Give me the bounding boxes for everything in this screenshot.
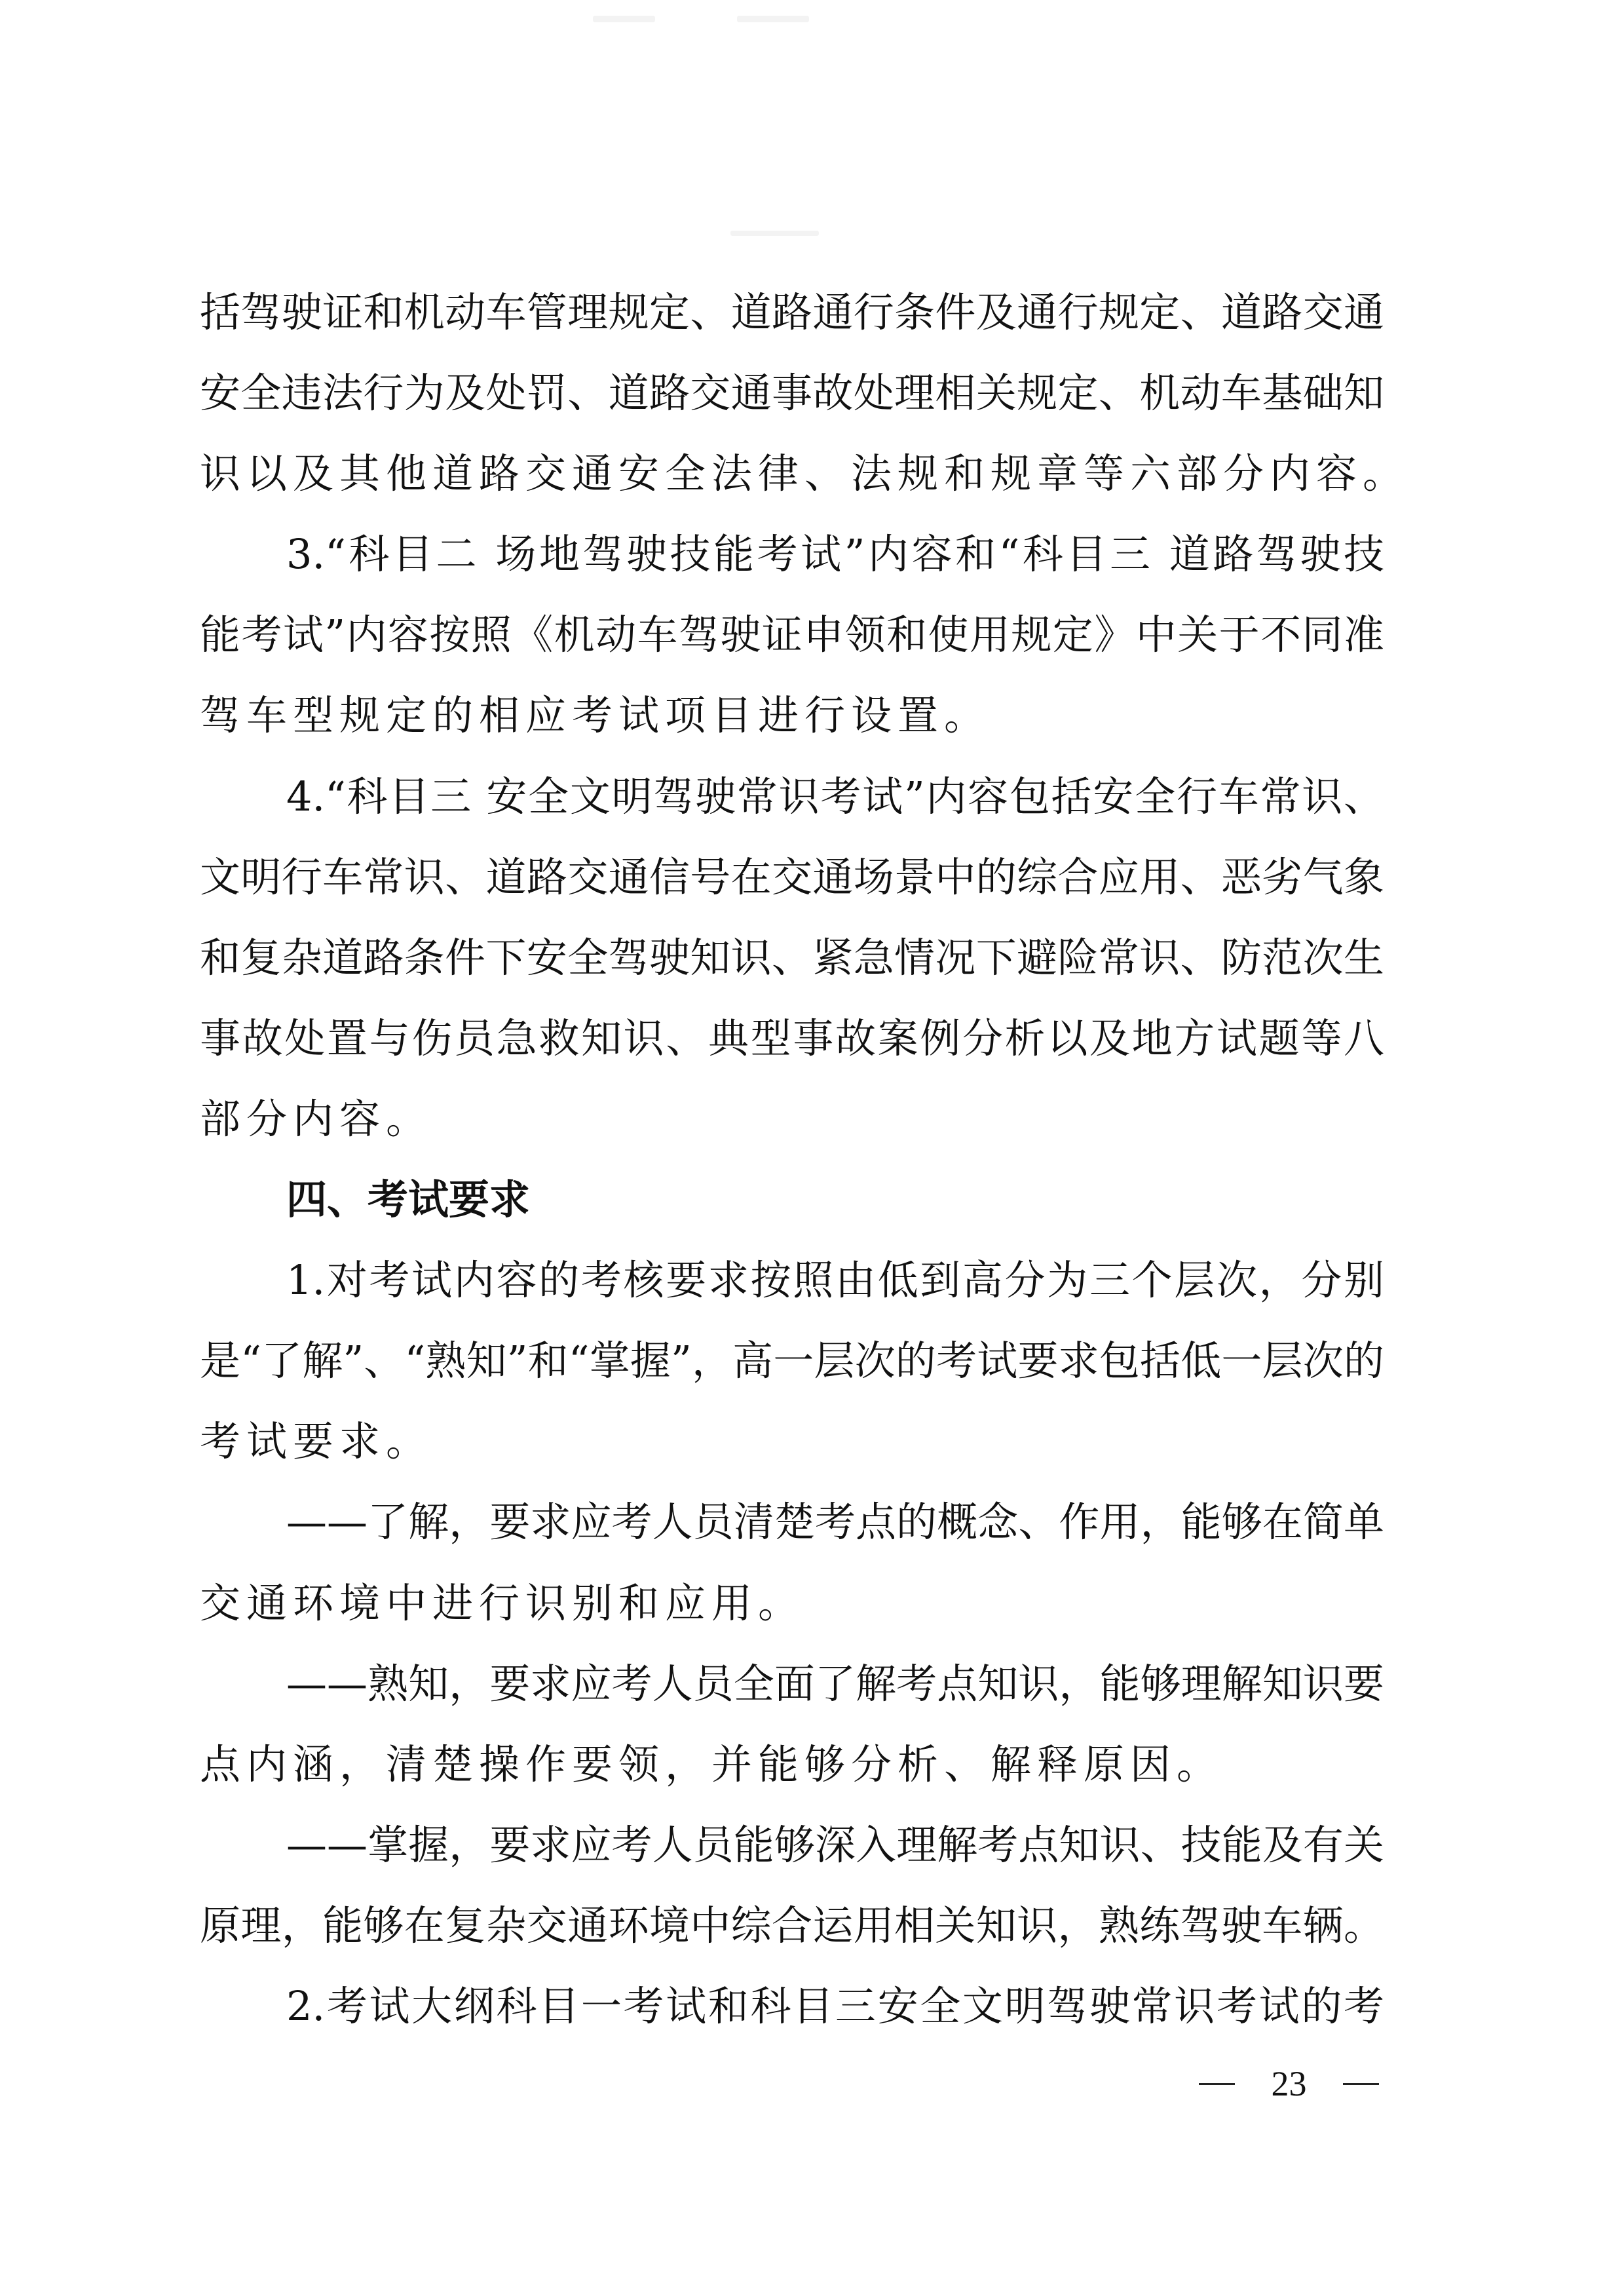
paragraph-line: 驾车型规定的相应考试项目进行设置。 [200,675,1384,756]
paragraph-line-item-2: 2.考试大纲科目一考试和科目三安全文明驾驶常识考试的考 [200,1966,1384,2046]
paragraph-line: 识以及其他道路交通安全法律、法规和规章等六部分内容。 [200,433,1384,514]
paragraph-line: 部分内容。 [200,1079,1384,1159]
paragraph-line-item-4: 4.“科目三 安全文明驾驶常识考试”内容包括安全行车常识、 [200,756,1384,837]
paragraph-line: 能考试”内容按照《机动车驾驶证申领和使用规定》中关于不同准 [200,594,1384,675]
paragraph-line: 是“了解”、“熟知”和“掌握”，高一层次的考试要求包括低一层次的 [200,1320,1384,1401]
paragraph-line-item-1: 1.对考试内容的考核要求按照由低到高分为三个层次，分别 [200,1240,1384,1320]
paragraph-line: 考试要求。 [200,1401,1384,1482]
paragraph-line: 和复杂道路条件下安全驾驶知识、紧急情况下避险常识、防范次生 [200,917,1384,998]
page-number: 23 [1199,2065,1379,2102]
section-heading: 四、考试要求 [200,1159,1384,1240]
scan-bleed-mark [730,231,819,236]
paragraph-line: 原理，能够在复杂交通环境中综合运用相关知识，熟练驾驶车辆。 [200,1885,1384,1966]
body-text: 括驾驶证和机动车管理规定、道路通行条件及通行规定、道路交通 安全违法行为及处罚、… [200,272,1384,2046]
document-page: 括驾驶证和机动车管理规定、道路通行条件及通行规定、道路交通 安全违法行为及处罚、… [0,0,1624,2296]
paragraph-line: 文明行车常识、道路交通信号在交通场景中的综合应用、恶劣气象 [200,837,1384,917]
definition-familiar: ——熟知，要求应考人员全面了解考点知识，能够理解知识要 [200,1643,1384,1724]
paragraph-line: 安全违法行为及处罚、道路交通事故处理相关规定、机动车基础知 [200,353,1384,433]
scan-bleed-mark [593,16,655,22]
definition-master: ——掌握，要求应考人员能够深入理解考点知识、技能及有关 [200,1805,1384,1885]
paragraph-line: 交通环境中进行识别和应用。 [200,1563,1384,1643]
paragraph-line-item-3: 3.“科目二 场地驾驶技能考试”内容和“科目三 道路驾驶技 [200,514,1384,594]
paragraph-line: 事故处置与伤员急救知识、典型事故案例分析以及地方试题等八 [200,998,1384,1079]
scan-bleed-mark [737,16,809,22]
paragraph-line: 括驾驶证和机动车管理规定、道路通行条件及通行规定、道路交通 [200,272,1384,353]
page-number-dash-left [1199,2083,1235,2085]
paragraph-line: 点内涵，清楚操作要领，并能够分析、解释原因。 [200,1724,1384,1805]
definition-understand: ——了解，要求应考人员清楚考点的概念、作用，能够在简单 [200,1482,1384,1562]
page-number-value: 23 [1272,2063,1307,2104]
page-number-dash-right [1343,2083,1379,2085]
